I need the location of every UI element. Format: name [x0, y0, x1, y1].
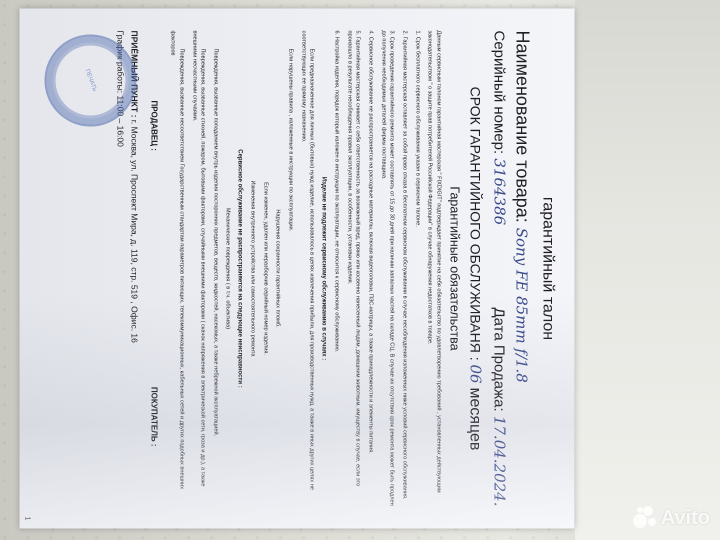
sale-date-value: 17.04.2024. — [491, 416, 509, 507]
exclusion-item: Повреждения, вызванные несоответствием Г… — [168, 31, 185, 507]
stamp-text: ПЕЧАТЬ — [84, 68, 98, 92]
clause-item: 6. Настройка изделия, порядок который из… — [332, 31, 341, 507]
not-covered-item: Нарушения сохранности гарантийных пломб. — [273, 31, 282, 507]
clause-item: 3. Срок проведения гарантийного ремонта … — [379, 31, 396, 507]
not-covered-list: Если предназначенное для личных (бытовых… — [248, 31, 316, 507]
warranty-paper: гарантийный талон Наименование товара: S… — [20, 9, 575, 529]
warranty-card: гарантийный талон Наименование товара: S… — [20, 8, 575, 528]
background-surface-right — [575, 0, 720, 540]
not-covered-item: Если предназначенное для личных (бытовых… — [299, 31, 316, 507]
seller-label: ПРОДАВЕЦ : — [149, 101, 158, 151]
avito-watermark: Avito — [633, 506, 710, 530]
avito-logo-icon — [633, 506, 657, 530]
serial-field: Серийный номер: 3164386 — [491, 31, 509, 226]
serial-label: Серийный номер: — [491, 31, 508, 155]
product-row: Наименование товара: Sony FE 85mm f/1.8 — [512, 31, 533, 507]
product-value: Sony FE 85mm f/1.8 — [513, 228, 531, 383]
signature-row: ПРОДАВЕЦ : ПОКУПАТЕЛЬ : — [149, 101, 158, 447]
serial-date-row: Серийный номер: 3164386 Дата Продажа: 17… — [491, 31, 509, 507]
sale-date-field: Дата Продажа: 17.04.2024. — [491, 308, 509, 507]
period-label: СРОК ГАРАНТИЙНОГО ОБСЛУЖИВАНЯ : — [468, 87, 484, 361]
reception-address: г. Москва, ул. Проспект Мира, д. 119, ст… — [129, 120, 139, 343]
product-label: Наименование товара: — [513, 31, 533, 223]
clause-item: 5. Гарантийная мастерская снимает с себя… — [345, 31, 362, 507]
clauses-list: 1. Срок бесплатного сервисного обслужива… — [332, 31, 421, 507]
clause-item: 1. Срок бесплатного сервисного обслужива… — [413, 31, 422, 507]
avito-brand-text: Avito — [661, 507, 710, 530]
intro-paragraph: Данным сервисным талоном гарантийная мас… — [425, 31, 442, 507]
exclusions-list: Механические повреждения ( в т.ч. объект… — [168, 31, 232, 507]
clause-item: 4. Сервисное обслуживание не распростран… — [366, 31, 375, 507]
sale-date-label: Дата Продажа: — [491, 308, 508, 412]
exclusion-item: Повреждения, вызванные попаданием внутрь… — [211, 31, 220, 507]
buyer-label: ПОКУПАТЕЛЬ : — [149, 387, 158, 447]
obligations-title: Гарантийные обязательства — [448, 31, 462, 507]
page-number: 1 — [24, 517, 31, 521]
exclusion-item: Механические повреждения ( в т.ч. объект… — [223, 31, 232, 507]
document-title: гарантийный талон — [539, 31, 557, 507]
exclusions-title: Сервисное обслуживание не распространяет… — [237, 31, 243, 507]
warranty-period: СРОК ГАРАНТИЙНОГО ОБСЛУЖИВАНЯ : 06 месяц… — [466, 31, 485, 507]
period-unit: месяцев — [467, 387, 484, 450]
not-covered-item: Изменения внутреннего устройства или сам… — [248, 31, 257, 507]
not-covered-item: Если нарушены правила , изложенные в инс… — [286, 31, 295, 507]
exclusion-item: Повреждения, вызванные стихией, пожаром,… — [189, 31, 206, 507]
not-covered-title: Изделие не подлежит сервисному обслужива… — [321, 31, 327, 507]
period-value: 06 — [467, 364, 485, 383]
not-covered-item: Если изменен, удален или неразборчив сер… — [261, 31, 270, 507]
serial-value: 3164386 — [491, 158, 509, 225]
clause-item: 2. Гарантийная мастерская оставляет за с… — [400, 31, 409, 507]
